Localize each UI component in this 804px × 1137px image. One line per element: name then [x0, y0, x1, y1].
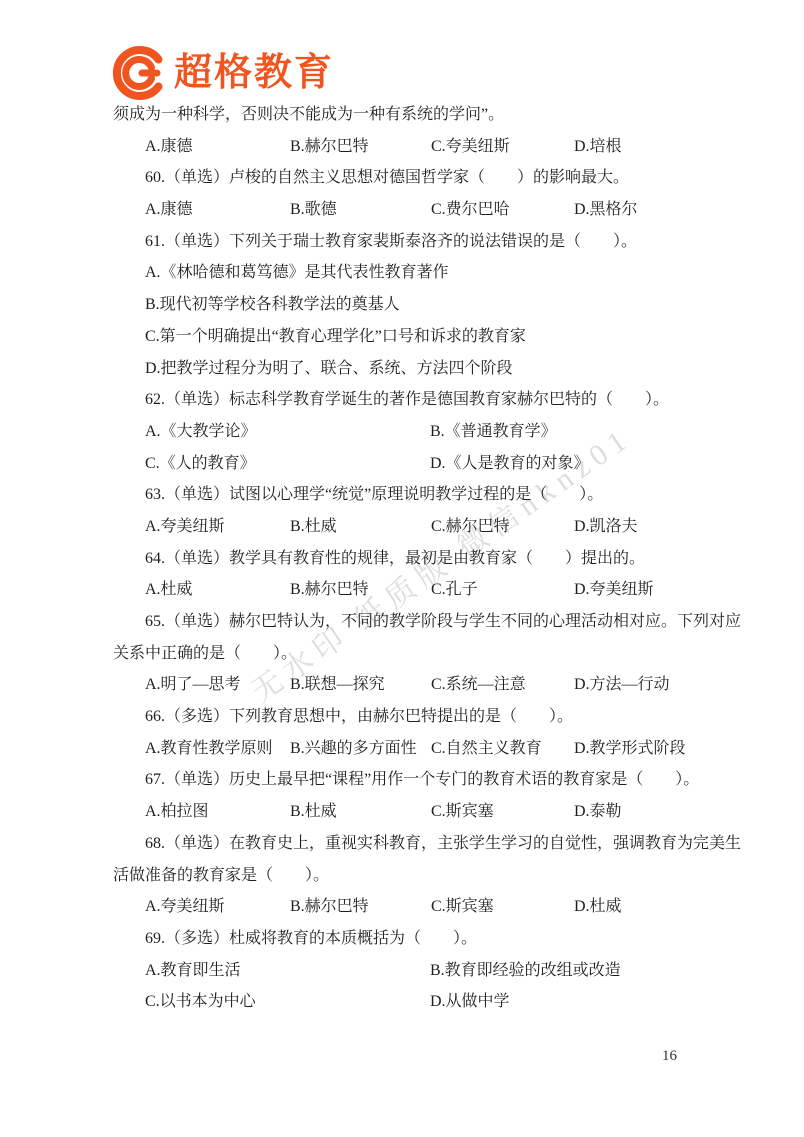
option-label: B.杜威: [290, 511, 337, 543]
option-label: C.赫尔巴特: [431, 511, 510, 543]
option-label: C.夸美纽斯: [431, 131, 510, 163]
option-label: D.泰勒: [574, 796, 622, 828]
question-line: 63.（单选）试图以心理学“统觉”原理说明教学过程的是（ ）。: [113, 479, 699, 511]
option-label: A.明了—思考: [145, 669, 241, 701]
question-line: B.现代初等学校各科教学法的奠基人: [113, 289, 699, 321]
options-row: A.夸美纽斯B.杜威C.赫尔巴特D.凯洛夫: [113, 511, 699, 543]
options-row: A.康德B.赫尔巴特C.夸美纽斯D.培根: [113, 131, 699, 163]
option-label: C.《人的教育》: [145, 448, 256, 480]
option-label: B.《普通教育学》: [430, 416, 557, 448]
option-label: C.费尔巴哈: [431, 194, 510, 226]
question-line: 61.（单选）下列关于瑞士教育家裴斯泰洛齐的说法错误的是（ ）。: [113, 226, 699, 258]
options-row: A.教育即生活B.教育即经验的改组或改造: [113, 955, 699, 987]
option-label: D.从做中学: [430, 986, 510, 1018]
option-label: C.自然主义教育: [431, 733, 542, 765]
option-label: B.联想—探究: [290, 669, 385, 701]
option-label: A.《大教学论》: [145, 416, 257, 448]
option-label: A.柏拉图: [145, 796, 209, 828]
options-row: C.《人的教育》D.《人是教育的对象》: [113, 448, 699, 480]
option-label: D.黑格尔: [574, 194, 638, 226]
option-label: A.夸美纽斯: [145, 511, 225, 543]
options-row: A.康德B.歌德C.费尔巴哈D.黑格尔: [113, 194, 699, 226]
option-label: A.教育即生活: [145, 955, 241, 987]
option-label: A.康德: [145, 131, 193, 163]
option-label: A.夸美纽斯: [145, 891, 225, 923]
option-label: D.方法—行动: [574, 669, 670, 701]
option-label: C.斯宾塞: [431, 891, 494, 923]
option-label: B.赫尔巴特: [290, 891, 369, 923]
option-label: D.教学形式阶段: [574, 733, 686, 765]
options-row: A.夸美纽斯B.赫尔巴特C.斯宾塞D.杜威: [113, 891, 699, 923]
question-list: 须成为一种科学，否则决不能成为一种有系统的学问”。A.康德B.赫尔巴特C.夸美纽…: [113, 99, 699, 1018]
options-row: A.《大教学论》B.《普通教育学》: [113, 416, 699, 448]
brand-logo-text: 超格教育: [174, 46, 334, 100]
text-line: 须成为一种科学，否则决不能成为一种有系统的学问”。: [113, 99, 699, 131]
option-label: A.杜威: [145, 574, 193, 606]
question-line: 65.（单选）赫尔巴特认为，不同的教学阶段与学生不同的心理活动相对应。下列对应: [113, 606, 699, 638]
question-line: 60.（单选）卢梭的自然主义思想对德国哲学家（ ）的影响最大。: [113, 162, 699, 194]
option-label: B.教育即经验的改组或改造: [430, 955, 621, 987]
question-line: C.第一个明确提出“教育心理学化”口号和诉求的教育家: [113, 321, 699, 353]
option-label: D.杜威: [574, 891, 622, 923]
question-line: 64.（单选）教学具有教育性的规律，最初是由教育家（ ）提出的。: [113, 543, 699, 575]
question-line: D.把教学过程分为明了、联合、系统、方法四个阶段: [113, 353, 699, 385]
options-row: A.柏拉图B.杜威C.斯宾塞D.泰勒: [113, 796, 699, 828]
brand-g-icon: [112, 46, 166, 100]
option-label: D.凯洛夫: [574, 511, 638, 543]
option-label: D.《人是教育的对象》: [430, 448, 590, 480]
option-label: B.赫尔巴特: [290, 131, 369, 163]
options-row: A.杜威B.赫尔巴特C.孔子D.夸美纽斯: [113, 574, 699, 606]
option-label: C.斯宾塞: [431, 796, 494, 828]
option-label: A.康德: [145, 194, 193, 226]
document-page: 超格教育 无水印 纸质版 微信nknz01 须成为一种科学，否则决不能成为一种有…: [0, 0, 804, 1137]
text-line: 关系中正确的是（ ）。: [113, 638, 699, 670]
option-label: A.教育性教学原则: [145, 733, 273, 765]
question-line: 68.（单选）在教育史上，重视实科教育，主张学生学习的自觉性，强调教育为完美生: [113, 828, 699, 860]
question-line: 67.（单选）历史上最早把“课程”用作一个专门的教育术语的教育家是（ ）。: [113, 764, 699, 796]
option-label: B.赫尔巴特: [290, 574, 369, 606]
brand-logo: 超格教育: [112, 45, 334, 101]
question-line: 62.（单选）标志科学教育学诞生的著作是德国教育家赫尔巴特的（ ）。: [113, 384, 699, 416]
option-label: C.系统—注意: [431, 669, 526, 701]
option-label: C.孔子: [431, 574, 478, 606]
option-label: D.培根: [574, 131, 622, 163]
options-row: C.以书本为中心D.从做中学: [113, 986, 699, 1018]
options-row: A.明了—思考B.联想—探究C.系统—注意D.方法—行动: [113, 669, 699, 701]
question-line: 69.（多选）杜威将教育的本质概括为（ ）。: [113, 923, 699, 955]
option-label: B.杜威: [290, 796, 337, 828]
option-label: D.夸美纽斯: [574, 574, 654, 606]
page-number: 16: [662, 1048, 677, 1065]
text-line: 活做准备的教育家是（ ）。: [113, 860, 699, 892]
question-line: A.《林哈德和葛笃德》是其代表性教育著作: [113, 257, 699, 289]
options-row: A.教育性教学原则B.兴趣的多方面性C.自然主义教育D.教学形式阶段: [113, 733, 699, 765]
question-line: 66.（多选）下列教育思想中，由赫尔巴特提出的是（ ）。: [113, 701, 699, 733]
option-label: B.歌德: [290, 194, 337, 226]
option-label: B.兴趣的多方面性: [290, 733, 417, 765]
option-label: C.以书本为中心: [145, 986, 256, 1018]
